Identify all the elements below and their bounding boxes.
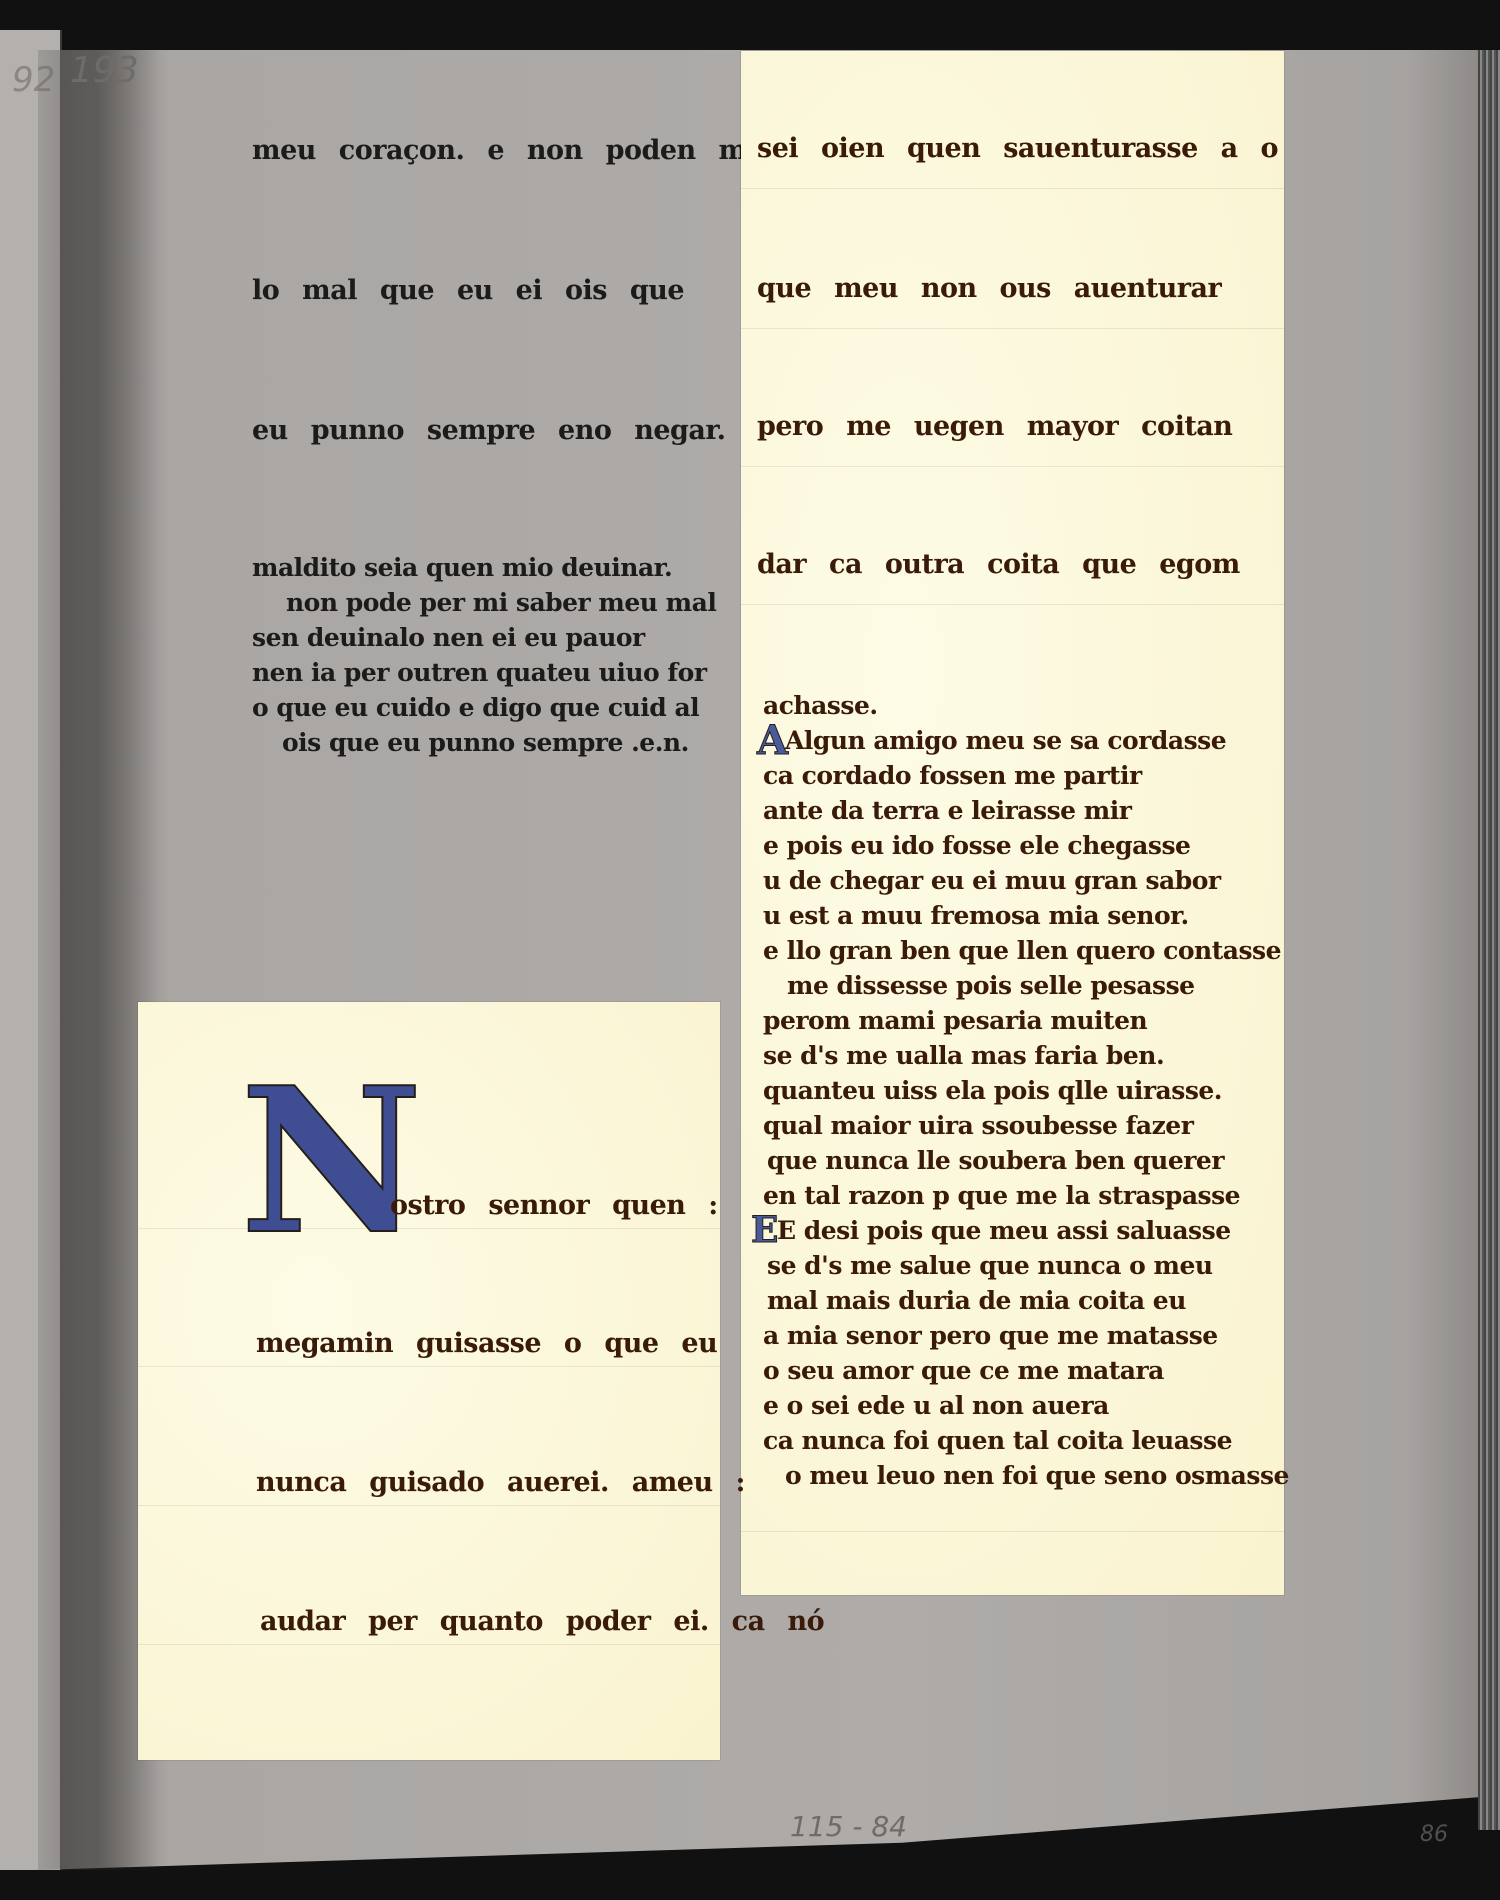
music-text-line: megamin guisasse o que eu	[256, 1328, 717, 1359]
text-line: e pois eu ido fosse ele chegasse	[763, 828, 1190, 863]
music-text-line: ostro sennor quen :	[390, 1190, 718, 1221]
right-parchment-panel: sei oien quen sauenturasse a o que meu n…	[741, 51, 1284, 1595]
music-text-line: que meu non ous auenturar	[757, 273, 1221, 304]
text-line: se d's me ualla mas faria ben.	[763, 1038, 1164, 1073]
music-text-line: nunca guisado auerei. ameu :	[256, 1467, 745, 1498]
text-line: o que eu cuido e digo que cuid al	[252, 690, 699, 725]
music-text-line: eu punno sempre eno negar.	[252, 415, 726, 446]
text-line: ante da terra e leirasse mir	[763, 793, 1131, 828]
folio-number-top: 193	[70, 50, 139, 91]
text-line: maldito seia quen mio deuinar.	[252, 550, 672, 585]
lower-parchment-panel: N ostro sennor quen : megamin guisasse o…	[138, 1002, 720, 1760]
music-text-line: audar per quanto poder ei. ca nó	[260, 1606, 824, 1637]
folio-mark-corner: 86	[1420, 1822, 1448, 1847]
text-line: o seu amor que ce me matara	[763, 1353, 1164, 1388]
text-line: ca cordado fossen me partir	[763, 758, 1142, 793]
music-text-line: pero me uegen mayor coitan	[757, 411, 1232, 442]
text-line: nen ia per outren quateu uiuo for	[252, 655, 707, 690]
text-line: E desi pois que meu assi saluasse	[777, 1213, 1231, 1248]
text-line: u de chegar eu ei muu gran sabor	[763, 863, 1221, 898]
text-line: a mia senor pero que me matasse	[763, 1318, 1218, 1353]
text-line: qual maior uira ssoubesse fazer	[763, 1108, 1193, 1143]
music-text-line: dar ca outra coita que egom	[757, 549, 1240, 580]
decorated-initial-e: E	[751, 1209, 778, 1251]
decorated-initial-a: A	[757, 717, 788, 764]
text-line: que nunca lle soubera ben querer	[767, 1143, 1224, 1178]
text-line: ois que eu punno sempre .e.n.	[282, 725, 689, 760]
folio-number-bottom: 115 - 84	[790, 1810, 907, 1843]
text-line: o meu leuo nen foi que seno osmasse	[785, 1458, 1289, 1493]
text-line: perom mami pesaria muiten	[763, 1003, 1147, 1038]
text-line: ca nunca foi quen tal coita leuasse	[763, 1423, 1232, 1458]
text-line: mal mais duria de mia coita eu	[767, 1283, 1186, 1318]
text-line: en tal razon p que me la straspasse	[763, 1178, 1240, 1213]
music-text-line: lo mal que eu ei ois que	[252, 275, 684, 306]
text-line: non pode per mi saber meu mal	[286, 585, 716, 620]
text-line: quanteu uiss ela pois qlle uirasse.	[763, 1073, 1222, 1108]
text-line: sen deuinalo nen ei eu pauor	[252, 620, 645, 655]
music-text-line: sei oien quen sauenturasse a o	[757, 133, 1278, 164]
illuminated-initial-n: N	[240, 1062, 423, 1262]
music-text-line: meu coraçon. e non poden mai	[252, 135, 773, 166]
text-line: e o sei ede u al non auera	[763, 1388, 1109, 1423]
page-stack-edge	[1478, 50, 1500, 1830]
text-line: me dissesse pois selle pesasse	[787, 968, 1195, 1003]
text-line: se d's me salue que nunca o meu	[767, 1248, 1213, 1283]
text-line: e llo gran ben que llen quero contasse	[763, 933, 1281, 968]
text-line: u est a muu fremosa mia senor.	[763, 898, 1189, 933]
text-line: Algun amigo meu se sa cordasse	[785, 723, 1226, 758]
folio-number-faint: 92	[12, 60, 55, 100]
